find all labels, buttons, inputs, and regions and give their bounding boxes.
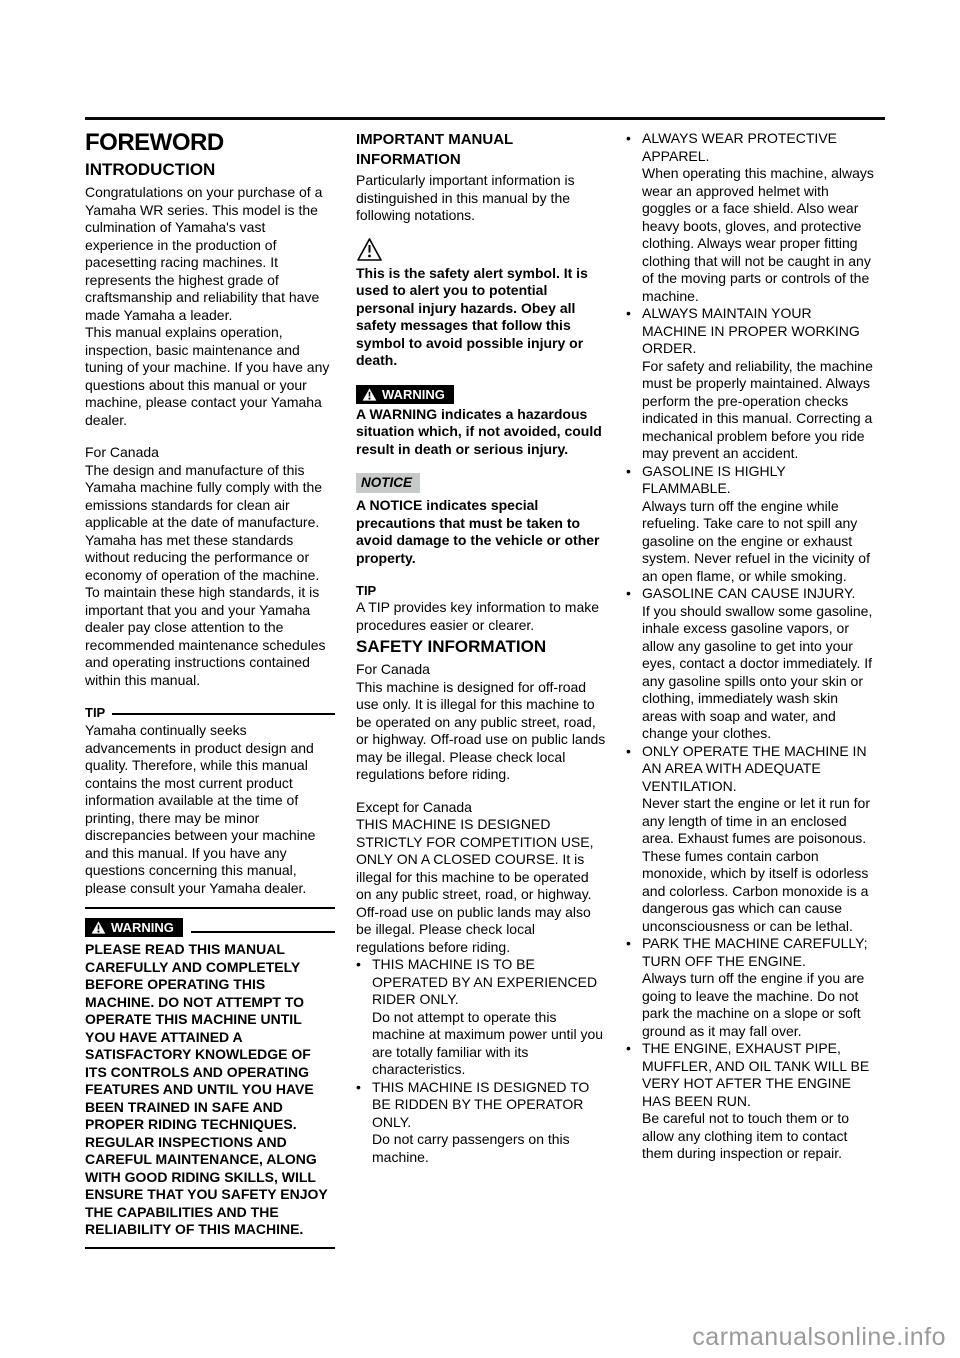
bullet-marker (356, 1079, 372, 1167)
bullet-body: If you should swallow some gasoline, inh… (642, 603, 876, 743)
intro-paragraph-2: This manual explains operation, inspecti… (85, 324, 335, 429)
safety-alert-triangle-icon (356, 237, 383, 262)
bullet-body: Always turn off the engine while refueli… (642, 498, 876, 586)
bullet-title: PARK THE MACHINE CAREFULLY; TURN OFF THE… (642, 935, 876, 970)
bullet-marker (626, 743, 642, 936)
bullet-marker (626, 305, 642, 463)
bullet-title: THIS MACHINE IS DESIGNED TO BE RIDDEN BY… (372, 1079, 606, 1132)
bullet-body: For safety and reliability, the machine … (642, 358, 876, 463)
bullet-body: Be careful not to touch them or to allow… (642, 1110, 876, 1163)
column-1: FOREWORD INTRODUCTION Congratulations on… (85, 130, 335, 1249)
bullet-body: Do not carry passengers on this machine. (372, 1131, 606, 1166)
warning-definition: A WARNING indicates a hazardous situatio… (356, 406, 606, 459)
notations-paragraph: Particularly important information is di… (356, 172, 606, 225)
page-top-rule (85, 117, 885, 120)
warning-badge-label: WARNING (382, 388, 445, 401)
bullet-body: Do not attempt to operate this machine a… (372, 1009, 606, 1079)
notice-definition: A NOTICE indicates special precautions t… (356, 497, 606, 567)
bullet-marker (356, 956, 372, 1079)
list-item: THIS MACHINE IS TO BE OPERATED BY AN EXP… (356, 956, 606, 1079)
bullet-title: THE ENGINE, EXHAUST PIPE, MUFFLER, AND O… (642, 1040, 876, 1110)
tip-label: TIP (356, 582, 606, 599)
except-canada-paragraph: THIS MACHINE IS DESIGNED STRICTLY FOR CO… (356, 816, 606, 956)
warning-badge-row: WARNING (85, 918, 335, 937)
introduction-heading: INTRODUCTION (85, 159, 335, 180)
list-item: ALWAYS WEAR PROTECTIVE APPAREL. When ope… (626, 130, 876, 305)
warning-triangle-icon (362, 388, 377, 401)
bullet-body: Never start the engine or let it run for… (642, 795, 876, 935)
bullet-title: GASOLINE IS HIGHLY FLAMMABLE. (642, 463, 876, 498)
page-title: FOREWORD (85, 130, 335, 156)
tip-rule (112, 713, 335, 715)
warning-rule (191, 931, 335, 933)
warning-badge: WARNING (356, 385, 454, 404)
tip-paragraph: Yamaha continually seeks advancements in… (85, 722, 335, 897)
intro-paragraph-1: Congratulations on your purchase of a Ya… (85, 184, 335, 324)
safety-alert-paragraph: This is the safety alert symbol. It is u… (356, 265, 606, 370)
bullet-body: Always turn off the engine if you are go… (642, 970, 876, 1040)
section-end-rule (85, 1247, 335, 1249)
tip-label: TIP (85, 704, 105, 721)
tip-heading-row: TIP (85, 704, 335, 721)
warning-paragraph: PLEASE READ THIS MANUAL CAREFULLY AND CO… (85, 941, 335, 1239)
warning-badge: WARNING (85, 918, 183, 937)
tip-definition: A TIP provides key information to make p… (356, 599, 606, 634)
list-item: ONLY OPERATE THE MACHINE IN AN AREA WITH… (626, 743, 876, 936)
for-canada-heading: For Canada (356, 661, 606, 679)
list-item: GASOLINE IS HIGHLY FLAMMABLE. Always tur… (626, 463, 876, 586)
column-2: IMPORTANT MANUAL INFORMATION Particularl… (356, 130, 606, 1166)
bullet-title: THIS MACHINE IS TO BE OPERATED BY AN EXP… (372, 956, 606, 1009)
bullet-marker (626, 585, 642, 743)
bullet-title: GASOLINE CAN CAUSE INJURY. (642, 585, 876, 603)
for-canada-paragraph: This machine is designed for off-road us… (356, 679, 606, 784)
bullet-marker (626, 463, 642, 586)
bullet-body: When operating this machine, always wear… (642, 165, 876, 305)
bullet-title: ALWAYS WEAR PROTECTIVE APPAREL. (642, 130, 876, 165)
safety-alert-symbol (356, 237, 606, 262)
bullet-marker (626, 935, 642, 1040)
column-3: ALWAYS WEAR PROTECTIVE APPAREL. When ope… (626, 130, 876, 1163)
important-manual-heading: IMPORTANT MANUAL INFORMATION (356, 130, 606, 170)
bullet-title: ALWAYS MAINTAIN YOUR MACHINE IN PROPER W… (642, 305, 876, 358)
list-item: GASOLINE CAN CAUSE INJURY. If you should… (626, 585, 876, 743)
notice-badge: NOTICE (356, 473, 420, 493)
list-item: THIS MACHINE IS DESIGNED TO BE RIDDEN BY… (356, 1079, 606, 1167)
list-item: ALWAYS MAINTAIN YOUR MACHINE IN PROPER W… (626, 305, 876, 463)
for-canada-heading: For Canada (85, 444, 335, 462)
warning-triangle-icon (91, 921, 106, 934)
section-divider (85, 907, 335, 909)
bullet-title: ONLY OPERATE THE MACHINE IN AN AREA WITH… (642, 743, 876, 796)
bullet-marker (626, 1040, 642, 1163)
safety-information-heading: SAFETY INFORMATION (356, 636, 606, 657)
manual-page: FOREWORD INTRODUCTION Congratulations on… (0, 0, 960, 1358)
list-item: THE ENGINE, EXHAUST PIPE, MUFFLER, AND O… (626, 1040, 876, 1163)
except-canada-heading: Except for Canada (356, 799, 606, 817)
bullet-marker (626, 130, 642, 305)
for-canada-paragraph: The design and manufacture of this Yamah… (85, 462, 335, 690)
warning-badge-label: WARNING (111, 921, 174, 934)
watermark-text: carmanualsonline.info (692, 1323, 946, 1352)
list-item: PARK THE MACHINE CAREFULLY; TURN OFF THE… (626, 935, 876, 1040)
